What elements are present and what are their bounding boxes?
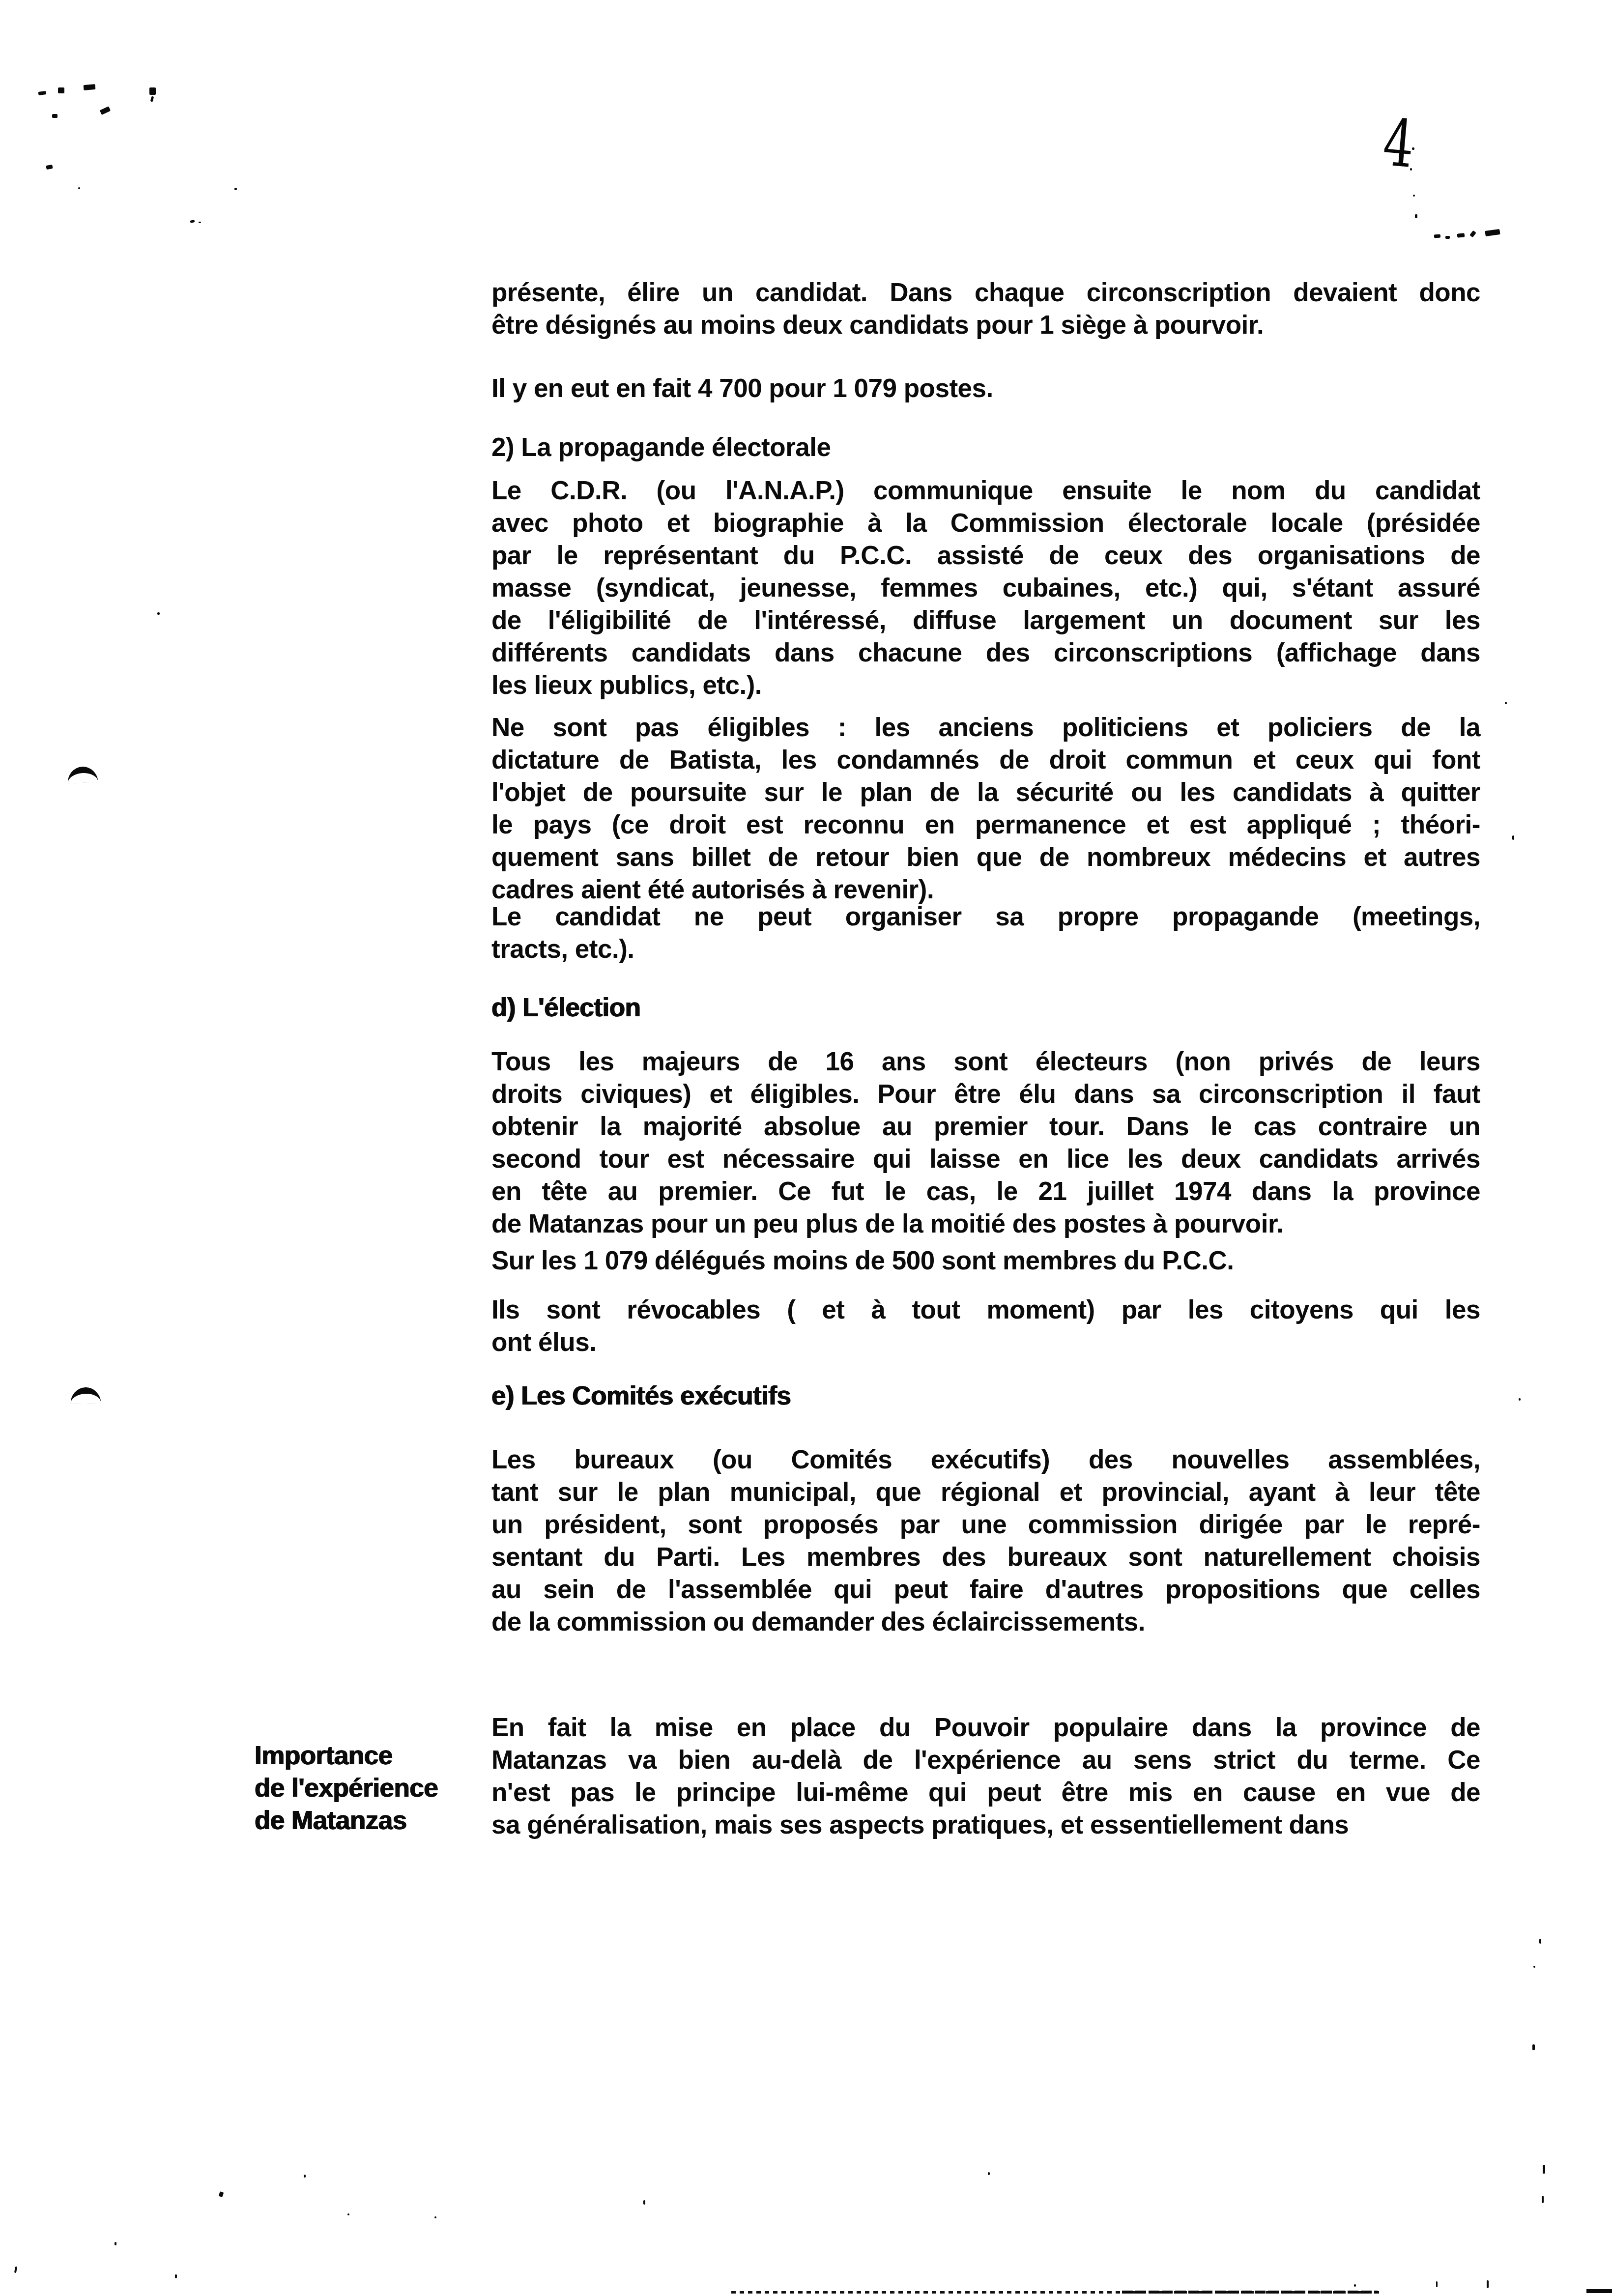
margin-note-line: de Matanzas xyxy=(255,1805,481,1837)
paragraph: Sur les 1 079 délégués moins de 500 sont… xyxy=(491,1245,1480,1277)
text-line: de la commission ou demander des éclairc… xyxy=(491,1606,1480,1638)
text-line: tant sur le plan municipal, que régional… xyxy=(491,1476,1480,1509)
text-line: au sein de l'assemblée qui peut faire d'… xyxy=(491,1574,1480,1606)
text-line: présente, élire un candidat. Dans chaque… xyxy=(491,277,1480,309)
paragraph: Ils sont révocables ( et à tout moment) … xyxy=(491,1294,1480,1359)
text-line: obtenir la majorité absolue au premier t… xyxy=(491,1111,1480,1143)
text-line: ont élus. xyxy=(491,1326,1480,1359)
paragraph: présente, élire un candidat. Dans chaque… xyxy=(491,277,1480,342)
section-heading-propagande: 2) La propagande électorale xyxy=(491,431,1480,464)
text-line: Sur les 1 079 délégués moins de 500 sont… xyxy=(491,1245,1480,1277)
page-number: 4 xyxy=(1381,104,1417,182)
bottom-scan-line xyxy=(1122,2291,1378,2294)
text-line: Tous les majeurs de 16 ans sont électeur… xyxy=(491,1046,1480,1078)
text-line: par le représentant du P.C.C. assisté de… xyxy=(491,540,1480,572)
text-line: sentant du Parti. Les membres des bureau… xyxy=(491,1541,1480,1574)
text-line: être désignés au moins deux candidats po… xyxy=(491,309,1480,342)
text-line: de l'éligibilité de l'intéressé, diffuse… xyxy=(491,604,1480,637)
text-line: Il y en eut en fait 4 700 pour 1 079 pos… xyxy=(491,373,1480,405)
bottom-scan-line xyxy=(1586,2289,1612,2293)
paragraph: Les bureaux (ou Comités exécutifs) des n… xyxy=(491,1444,1480,1638)
text-line: avec photo et biographie à la Commission… xyxy=(491,507,1480,540)
handwritten-dash xyxy=(70,1387,101,1404)
margin-note-line: de l'expérience xyxy=(255,1772,481,1805)
paragraph: Le candidat ne peut organiser sa propre … xyxy=(491,901,1480,966)
text-line: Ne sont pas éligibles : les anciens poli… xyxy=(491,712,1480,744)
paragraph: En fait la mise en place du Pouvoir popu… xyxy=(491,1712,1480,1841)
section-heading-election: d) L'élection xyxy=(491,992,1480,1024)
text-line: second tour est nécessaire qui laisse en… xyxy=(491,1143,1480,1176)
paragraph: Tous les majeurs de 16 ans sont électeur… xyxy=(491,1046,1480,1240)
text-line: quement sans billet de retour bien que d… xyxy=(491,841,1480,874)
text-line: masse (syndicat, jeunesse, femmes cubain… xyxy=(491,572,1480,604)
text-line: tracts, etc.). xyxy=(491,933,1480,966)
margin-note-line: Importance xyxy=(255,1740,481,1772)
paragraph: Le C.D.R. (ou l'A.N.A.P.) communique ens… xyxy=(491,475,1480,702)
text-line: droits civiques) et éligibles. Pour être… xyxy=(491,1078,1480,1111)
section-heading-comites: e) Les Comités exécutifs xyxy=(491,1380,1480,1412)
paragraph: Ne sont pas éligibles : les anciens poli… xyxy=(491,712,1480,906)
text-line: en tête au premier. Ce fut le cas, le 21… xyxy=(491,1176,1480,1208)
handwritten-dash xyxy=(67,766,98,783)
text-line: Matanzas va bien au-delà de l'expérience… xyxy=(491,1744,1480,1777)
text-line: dictature de Batista, les condamnés de d… xyxy=(491,744,1480,776)
scanned-document-page: 4 présente, élire un candidat. Dans chaq… xyxy=(0,0,1612,2296)
text-line: de Matanzas pour un peu plus de la moiti… xyxy=(491,1208,1480,1240)
text-line: Les bureaux (ou Comités exécutifs) des n… xyxy=(491,1444,1480,1476)
text-line: un président, sont proposés par une comm… xyxy=(491,1509,1480,1541)
text-line: Le candidat ne peut organiser sa propre … xyxy=(491,901,1480,933)
paragraph: Il y en eut en fait 4 700 pour 1 079 pos… xyxy=(491,373,1480,405)
text-line: les lieux publics, etc.). xyxy=(491,669,1480,702)
text-line: l'objet de poursuite sur le plan de la s… xyxy=(491,776,1480,809)
text-line: Ils sont révocables ( et à tout moment) … xyxy=(491,1294,1480,1326)
text-line: sa généralisation, mais ses aspects prat… xyxy=(491,1809,1480,1841)
text-line: En fait la mise en place du Pouvoir popu… xyxy=(491,1712,1480,1744)
text-line: n'est pas le principe lui-même qui peut … xyxy=(491,1777,1480,1809)
text-line: différents candidats dans chacune des ci… xyxy=(491,637,1480,669)
text-line: Le C.D.R. (ou l'A.N.A.P.) communique ens… xyxy=(491,475,1480,507)
margin-note: Importancede l'expériencede Matanzas xyxy=(255,1740,481,1837)
text-line: le pays (ce droit est reconnu en permane… xyxy=(491,809,1480,841)
